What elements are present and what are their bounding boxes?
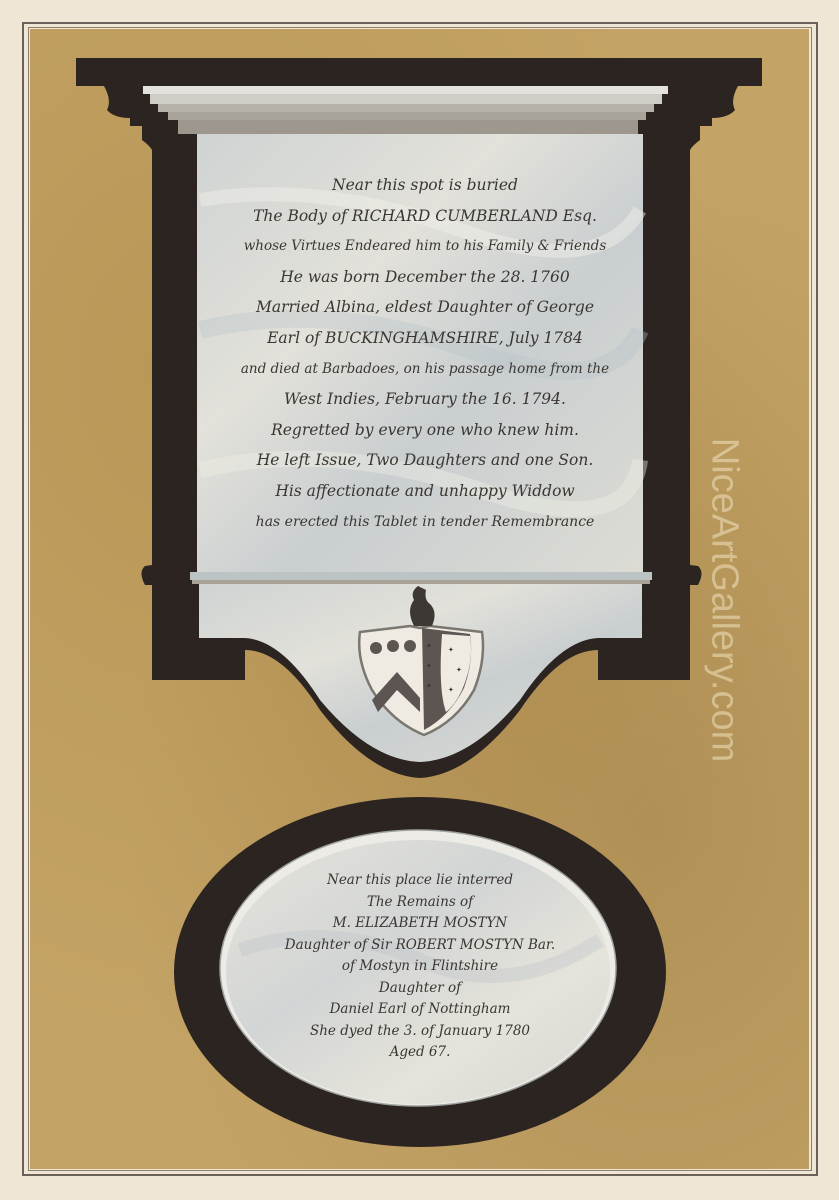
inscription-line: Married Albina, eldest Daughter of Georg… xyxy=(205,292,645,323)
svg-text:✦: ✦ xyxy=(448,686,454,694)
tablet-ledge xyxy=(190,572,652,584)
inscription-line: His affectionate and unhappy Widdow xyxy=(205,476,645,507)
inscription-line: Aged 67. xyxy=(230,1042,610,1064)
watermark-text: NiceArtGallery.com xyxy=(703,438,746,762)
inscription-line: of Mostyn in Flintshire xyxy=(230,956,610,978)
inscription-line: Earl of BUCKINGHAMSHIRE, July 1784 xyxy=(205,323,645,354)
inscription-line: Near this spot is buried xyxy=(205,170,645,201)
inscription-line: He was born December the 28. 1760 xyxy=(205,262,645,293)
cornice-moulding xyxy=(143,86,668,134)
inscription-line: M. ELIZABETH MOSTYN xyxy=(230,913,610,935)
inscription-line: Daughter of xyxy=(230,978,610,1000)
inscription-line: Daniel Earl of Nottingham xyxy=(230,999,610,1021)
inscription-line: has erected this Tablet in tender Rememb… xyxy=(205,507,645,538)
inscription-line: West Indies, February the 16. 1794. xyxy=(205,384,645,415)
svg-text:✦: ✦ xyxy=(426,682,432,690)
inscription-line: Near this place lie interred xyxy=(230,870,610,892)
inscription-line: Regretted by every one who knew him. xyxy=(205,415,645,446)
inscription-line: The Body of RICHARD CUMBERLAND Esq. xyxy=(205,201,645,232)
svg-text:✦: ✦ xyxy=(448,646,454,654)
svg-text:✦: ✦ xyxy=(426,642,432,650)
inscription-line: and died at Barbadoes, on his passage ho… xyxy=(205,354,645,385)
svg-text:✦: ✦ xyxy=(426,662,432,670)
inscription-line: The Remains of xyxy=(230,892,610,914)
upper-tablet-inscription: Near this spot is buried The Body of RIC… xyxy=(205,170,645,537)
lower-oval-inscription: Near this place lie interred The Remains… xyxy=(230,870,610,1064)
inscription-line: whose Virtues Endeared him to his Family… xyxy=(205,231,645,262)
inscription-line: Daughter of Sir ROBERT MOSTYN Bar. xyxy=(230,935,610,957)
inscription-line: He left Issue, Two Daughters and one Son… xyxy=(205,445,645,476)
svg-text:✦: ✦ xyxy=(456,666,462,674)
inscription-line: She dyed the 3. of January 1780 xyxy=(230,1021,610,1043)
